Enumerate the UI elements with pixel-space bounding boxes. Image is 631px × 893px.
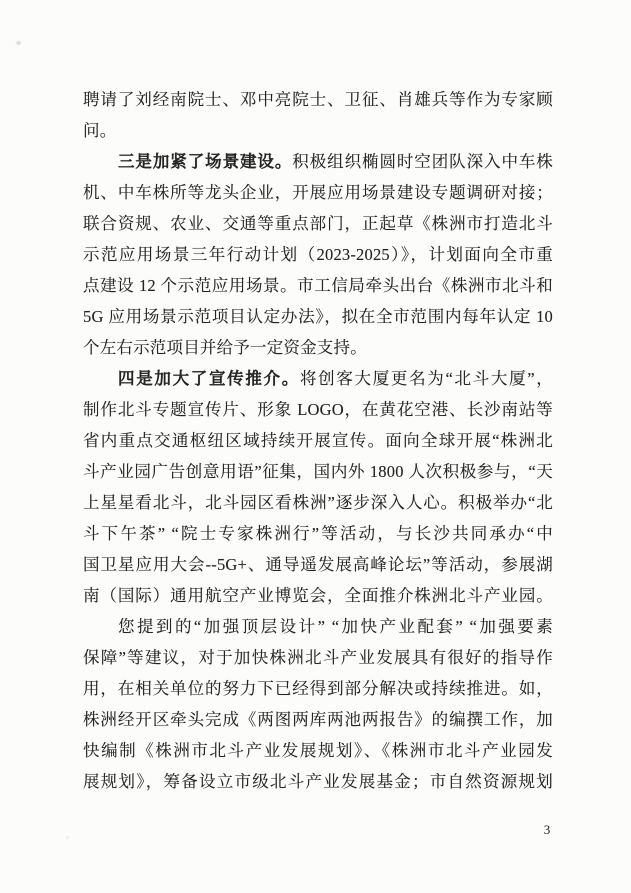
text-line: 问。	[83, 115, 553, 146]
text-line-text: 展规划》，筹备设立市级北斗产业发展基金；市自然资源规划	[83, 772, 553, 791]
text-line: 国卫星应用大会--5G+、通导遥发展高峰论坛”等活动，参展湖	[83, 549, 553, 580]
text-line-text: 快编制《株洲市北斗产业发展规划》、《株洲市北斗产业园发	[83, 741, 553, 760]
scan-artifact-speck	[66, 836, 69, 839]
text-line: 聘请了刘经南院士、邓中亮院士、卫征、肖雄兵等作为专家顾	[83, 84, 553, 115]
text-line: 机、中车株所等龙头企业，开展应用场景建设专题调研对接；	[83, 177, 553, 208]
text-line: 三是加紧了场景建设。积极组织椭圆时空团队深入中车株	[83, 146, 553, 177]
page-number: 3	[538, 821, 556, 839]
text-line-bold-lead: 三是加紧了场景建设。	[118, 152, 292, 171]
text-line-text: 5G 应用场景示范项目认定办法》，拟在全市范围内每年认定 10	[83, 307, 553, 326]
text-line-text: 省内重点交通枢纽区域持续开展宣传。面向全球开展“株洲北	[83, 431, 553, 450]
text-line-text: 机、中车株所等龙头企业，开展应用场景建设专题调研对接；	[83, 183, 553, 202]
text-line-text: 个左右示范项目并给予一定资金支持。	[83, 338, 367, 357]
text-line-text: 示范应用场景三年行动计划（2023-2025）》，计划面向全市重	[83, 245, 553, 264]
text-line: 5G 应用场景示范项目认定办法》，拟在全市范围内每年认定 10	[83, 301, 553, 332]
text-line-text: 国卫星应用大会--5G+、通导遥发展高峰论坛”等活动，参展湖	[83, 555, 553, 574]
text-line: 点建设 12 个示范应用场景。市工信局牵头出台《株洲市北斗和	[83, 270, 553, 301]
text-line: 个左右示范项目并给予一定资金支持。	[83, 332, 553, 363]
text-line: 斗产业园广告创意用语”征集，国内外 1800 人次积极参与，“天	[83, 456, 553, 487]
text-line-text: 制作北斗专题宣传片、形象 LOGO，在黄花空港、长沙南站等	[83, 400, 553, 419]
text-line: 示范应用场景三年行动计划（2023-2025）》，计划面向全市重	[83, 239, 553, 270]
text-line-text: 斗下午茶” “院士专家株洲行”等活动，与长沙共同承办“中	[83, 524, 553, 543]
scanned-document-page: 聘请了刘经南院士、邓中亮院士、卫征、肖雄兵等作为专家顾问。三是加紧了场景建设。积…	[0, 0, 631, 893]
text-line-text: 联合资规、农业、交通等重点部门，正起草《株洲市打造北斗	[83, 214, 553, 233]
text-line-text: 积极组织椭圆时空团队深入中车株	[292, 152, 553, 171]
text-line: 联合资规、农业、交通等重点部门，正起草《株洲市打造北斗	[83, 208, 553, 239]
text-line: 上星星看北斗，北斗园区看株洲”逐步深入人心。积极举办“北	[83, 487, 553, 518]
text-line-text: 用，在相关单位的努力下已经得到部分解决或持续推进。如，	[83, 679, 553, 698]
text-line-text: 聘请了刘经南院士、邓中亮院士、卫征、肖雄兵等作为专家顾	[83, 90, 553, 109]
text-line: 斗下午茶” “院士专家株洲行”等活动，与长沙共同承办“中	[83, 518, 553, 549]
text-line-text: 斗产业园广告创意用语”征集，国内外 1800 人次积极参与，“天	[83, 462, 553, 481]
text-line-text: 上星星看北斗，北斗园区看株洲”逐步深入人心。积极举办“北	[83, 493, 553, 512]
text-line: 四是加大了宣传推介。将创客大厦更名为“北斗大厦”，	[83, 363, 553, 394]
text-line: 制作北斗专题宣传片、形象 LOGO，在黄花空港、长沙南站等	[83, 394, 553, 425]
text-line-bold-lead: 四是加大了宣传推介。	[118, 369, 300, 388]
text-line: 省内重点交通枢纽区域持续开展宣传。面向全球开展“株洲北	[83, 425, 553, 456]
text-line-text: 问。	[83, 121, 116, 140]
text-line: 株洲经开区牵头完成《两图两库两池两报告》的编撰工作，加	[83, 704, 553, 735]
text-line: 快编制《株洲市北斗产业发展规划》、《株洲市北斗产业园发	[83, 735, 553, 766]
text-line-text: 株洲经开区牵头完成《两图两库两池两报告》的编撰工作，加	[83, 710, 553, 729]
text-line: 保障”等建议，对于加快株洲北斗产业发展具有很好的指导作	[83, 642, 553, 673]
text-line-text: 点建设 12 个示范应用场景。市工信局牵头出台《株洲市北斗和	[83, 276, 553, 295]
text-line: 您提到的“加强顶层设计” “加快产业配套” “加强要素	[83, 611, 553, 642]
text-line: 展规划》，筹备设立市级北斗产业发展基金；市自然资源规划	[83, 766, 553, 797]
document-body: 聘请了刘经南院士、邓中亮院士、卫征、肖雄兵等作为专家顾问。三是加紧了场景建设。积…	[83, 84, 553, 797]
text-line-text: 保障”等建议，对于加快株洲北斗产业发展具有很好的指导作	[83, 648, 553, 667]
text-line-text: 南（国际）通用航空产业博览会，全面推介株洲北斗产业园。	[83, 586, 553, 605]
text-line: 南（国际）通用航空产业博览会，全面推介株洲北斗产业园。	[83, 580, 553, 611]
text-line-text: 您提到的“加强顶层设计” “加快产业配套” “加强要素	[118, 617, 553, 636]
scan-artifact-speck	[16, 41, 21, 45]
text-line: 用，在相关单位的努力下已经得到部分解决或持续推进。如，	[83, 673, 553, 704]
text-line-text: 将创客大厦更名为“北斗大厦”，	[300, 369, 553, 388]
